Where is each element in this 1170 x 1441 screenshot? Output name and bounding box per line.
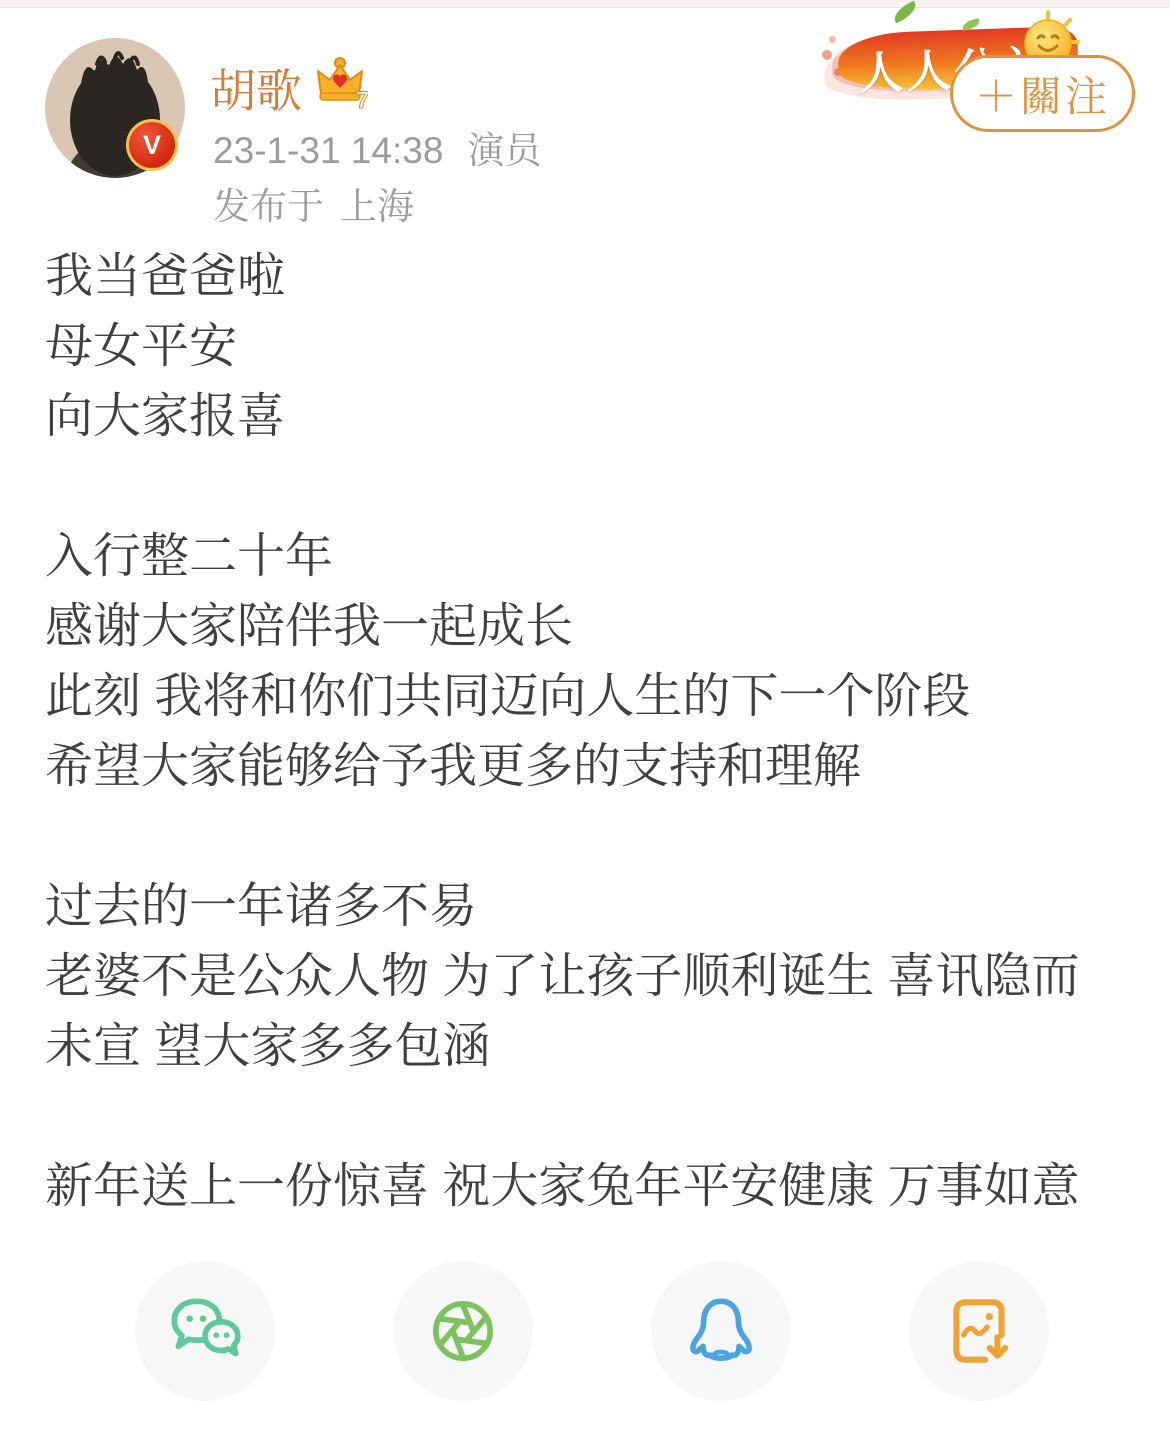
share-wechat-moments-button[interactable] [393,1261,533,1401]
spray-dot [822,50,832,60]
vip-crown-icon: 7 [312,56,368,110]
verified-letter: V [143,130,161,161]
post-location-line: 发布于上海 [213,176,414,230]
spray-dot [834,68,842,76]
vip-level: 7 [356,87,368,110]
location-prefix: 发布于 [213,186,324,227]
screen-top-edge [0,0,1170,8]
share-wechat-button[interactable] [135,1261,275,1401]
verified-badge-icon: V [126,119,178,171]
share-qq-button[interactable] [651,1261,791,1401]
wechat-icon [164,1290,246,1372]
follow-button[interactable]: ＋關注 [950,55,1135,132]
weibo-post-card: V 胡歌 7 23-1-31 14:38演员 发布于上海 人人公益 [0,0,1170,1441]
username[interactable]: 胡歌 [210,55,302,121]
wechat-moments-icon [422,1290,504,1372]
avatar[interactable]: V [45,38,185,178]
green-bird-icon [961,18,980,31]
share-save-image-button[interactable] [909,1261,1049,1401]
post-meta-line: 23-1-31 14:38演员 [213,120,541,174]
location: 上海 [340,186,414,227]
role-tag: 演员 [467,130,541,171]
post-text: 我当爸爸啦 母女平安 向大家报喜 入行整二十年 感谢大家陪伴我一起成长 此刻 我… [45,242,1131,1222]
follow-button-label: ＋關注 [975,64,1110,124]
save-image-icon [938,1290,1020,1372]
spray-dot [829,36,836,43]
qq-icon [680,1290,762,1372]
timestamp: 23-1-31 14:38 [213,130,443,171]
